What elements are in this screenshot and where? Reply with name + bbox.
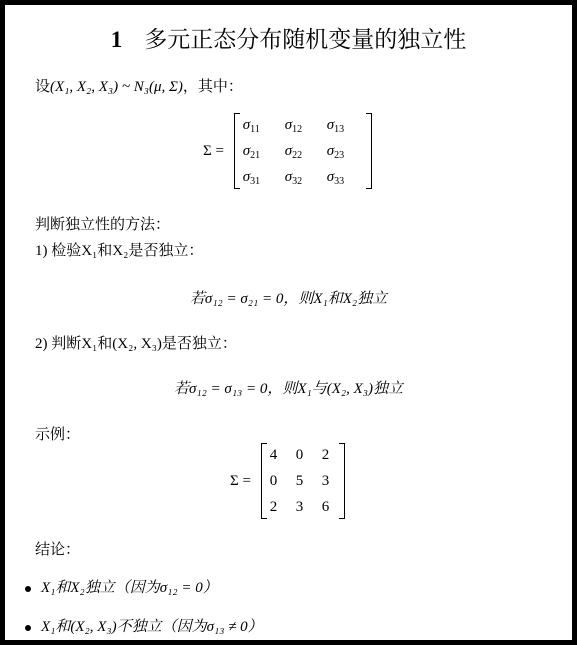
matrix-cell: 2	[322, 443, 336, 467]
conclusion-heading: 结论：	[35, 538, 80, 559]
intro-vector: (X₁, X₂, X₃) ~ N₃(μ, Σ)	[50, 79, 183, 95]
example-heading: 示例：	[35, 423, 80, 444]
example-matrix: Σ = 402053236	[230, 443, 345, 519]
example-matrix-grid: 402053236	[267, 443, 339, 519]
right-bracket	[366, 113, 372, 189]
covariance-matrix: Σ = σ11σ12σ13σ21σ22σ23σ31σ32σ33	[203, 113, 372, 189]
example-sigma-symbol: Σ =	[230, 473, 251, 489]
matrix-cell: σ13	[327, 113, 363, 137]
sigma-symbol: Σ =	[203, 143, 224, 159]
example-matrix-body: 402053236	[261, 443, 345, 519]
matrix-cell: 6	[322, 495, 336, 519]
matrix-cell: σ22	[285, 139, 327, 163]
section-title-text: 多元正态分布随机变量的独立性	[144, 27, 466, 53]
matrix-cell: 0	[270, 469, 296, 493]
matrix-cell: 3	[322, 469, 336, 493]
conclusion-item-text: X₁和(X₂, X₃)不独立（因为σ₁₃ ≠ 0）	[41, 619, 263, 635]
bullet-icon	[25, 625, 31, 631]
matrix-cell: 2	[270, 495, 296, 519]
bullet-icon	[25, 586, 31, 592]
method-2-formula: 若σ₁₂ = σ₁₃ = 0，则X₁与(X₂, X₃)独立	[5, 377, 572, 398]
matrix-cell: 5	[296, 469, 322, 493]
intro-line: 设(X₁, X₂, X₃) ~ N₃(μ, Σ)，其中：	[35, 75, 243, 96]
matrix-cell: σ12	[285, 113, 327, 137]
matrix-cell: 0	[296, 443, 322, 467]
right-bracket	[339, 443, 345, 519]
matrix-body: σ11σ12σ13σ21σ22σ23σ31σ32σ33	[234, 113, 372, 189]
matrix-cell: σ11	[243, 113, 285, 137]
matrix-cell: 4	[270, 443, 296, 467]
conclusion-item: X₁和(X₂, X₃)不独立（因为σ₁₃ ≠ 0）	[25, 615, 263, 636]
method-1-label: 1) 检验X₁和X₂是否独立：	[35, 239, 203, 260]
section-title: 1多元正态分布随机变量的独立性	[5, 21, 572, 54]
conclusion-item: X₁和X₂独立（因为σ₁₂ = 0）	[25, 576, 218, 597]
intro-prefix: 设	[35, 79, 50, 95]
matrix-cell: σ33	[327, 165, 363, 189]
matrix-cell: σ23	[327, 139, 363, 163]
section-number: 1	[111, 27, 123, 52]
method-2-label: 2) 判断X₁和(X₂, X₃)是否独立：	[35, 332, 237, 353]
method-heading: 判断独立性的方法：	[35, 213, 170, 234]
intro-suffix: ，其中：	[183, 79, 243, 95]
matrix-grid: σ11σ12σ13σ21σ22σ23σ31σ32σ33	[240, 113, 366, 189]
conclusion-item-text: X₁和X₂独立（因为σ₁₂ = 0）	[41, 580, 218, 596]
matrix-cell: σ31	[243, 165, 285, 189]
matrix-cell: σ21	[243, 139, 285, 163]
document-page: 1多元正态分布随机变量的独立性 设(X₁, X₂, X₃) ~ N₃(μ, Σ)…	[5, 5, 572, 640]
method-1-formula: 若σ₁₂ = σ₂₁ = 0，则X₁和X₂独立	[5, 287, 572, 308]
matrix-cell: 3	[296, 495, 322, 519]
matrix-cell: σ32	[285, 165, 327, 189]
